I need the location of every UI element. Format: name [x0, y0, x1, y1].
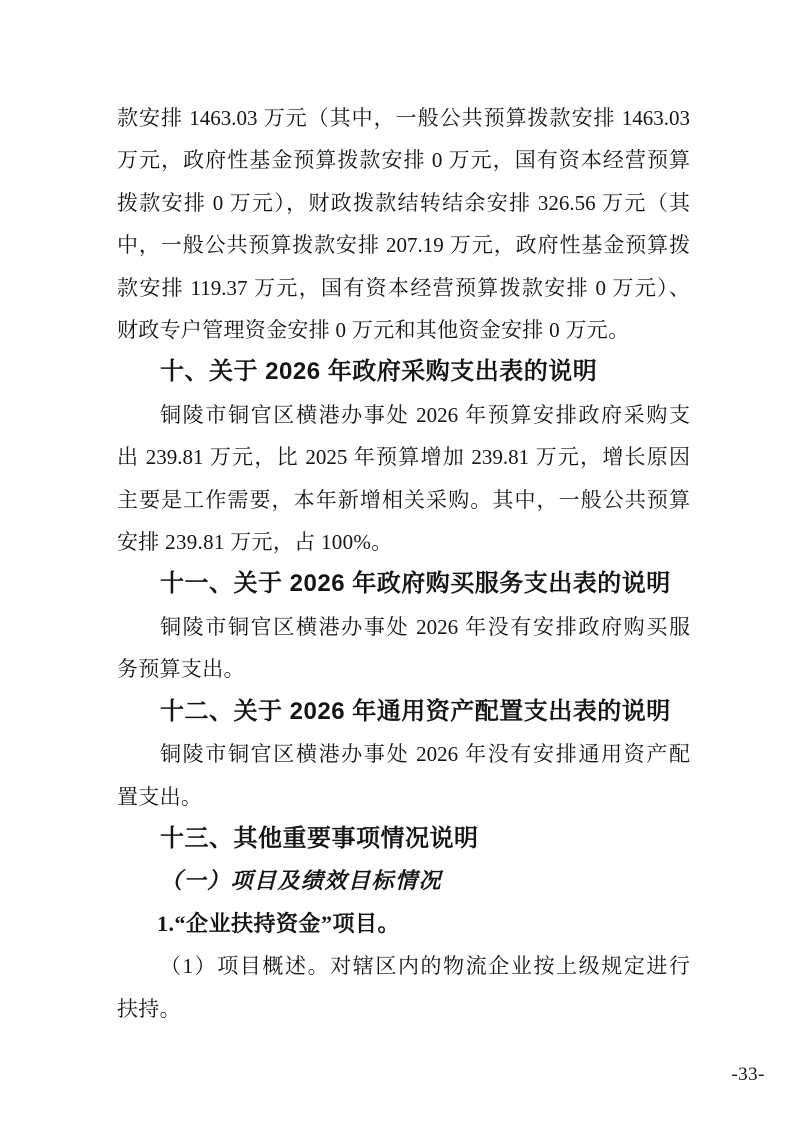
paragraph-line: 万元，政府性基金预算拨款安排 0 万元，国有资本经营预算 [117, 139, 690, 181]
document-body: 款安排 1463.03 万元（其中，一般公共预算拨款安排 1463.03万元，政… [117, 97, 690, 1030]
paragraph-line: 铜陵市铜官区横港办事处 2026 年没有安排通用资产配 [117, 733, 690, 775]
paragraph-line: 安排 239.81 万元，占 100%。 [117, 521, 690, 563]
paragraph-line: 拨款安排 0 万元），财政拨款结转结余安排 326.56 万元（其 [117, 182, 690, 224]
section-heading: 十二、关于 2026 年通用资产配置支出表的说明 [117, 691, 690, 733]
paragraph-line: 置支出。 [117, 776, 690, 818]
section-heading: 十一、关于 2026 年政府购买服务支出表的说明 [117, 563, 690, 605]
item-heading: 1.“企业扶持资金”项目。 [117, 903, 690, 945]
paragraph-line: 务预算支出。 [117, 648, 690, 690]
paragraph-line: 铜陵市铜官区横港办事处 2026 年没有安排政府购买服 [117, 606, 690, 648]
paragraph-line: 中，一般公共预算拨款安排 207.19 万元，政府性基金预算拨 [117, 224, 690, 266]
paragraph-line: （1）项目概述。对辖区内的物流企业按上级规定进行 [117, 945, 690, 987]
page-number: -33- [731, 1064, 765, 1086]
paragraph-line: 款安排 119.37 万元，国有资本经营预算拨款安排 0 万元）、 [117, 267, 690, 309]
paragraph-line: 主要是工作需要，本年新增相关采购。其中，一般公共预算 [117, 479, 690, 521]
paragraph-line: 款安排 1463.03 万元（其中，一般公共预算拨款安排 1463.03 [117, 97, 690, 139]
paragraph-line: 财政专户管理资金安排 0 万元和其他资金安排 0 万元。 [117, 309, 690, 351]
paragraph-line: 出 239.81 万元，比 2025 年预算增加 239.81 万元，增长原因 [117, 436, 690, 478]
section-heading: 十、关于 2026 年政府采购支出表的说明 [117, 351, 690, 393]
section-heading: 十三、其他重要事项情况说明 [117, 818, 690, 860]
document-page: 款安排 1463.03 万元（其中，一般公共预算拨款安排 1463.03万元，政… [0, 0, 793, 1122]
paragraph-line: 扶持。 [117, 988, 690, 1030]
subsection-heading: （一）项目及绩效目标情况 [117, 860, 690, 902]
paragraph-line: 铜陵市铜官区横港办事处 2026 年预算安排政府采购支 [117, 394, 690, 436]
